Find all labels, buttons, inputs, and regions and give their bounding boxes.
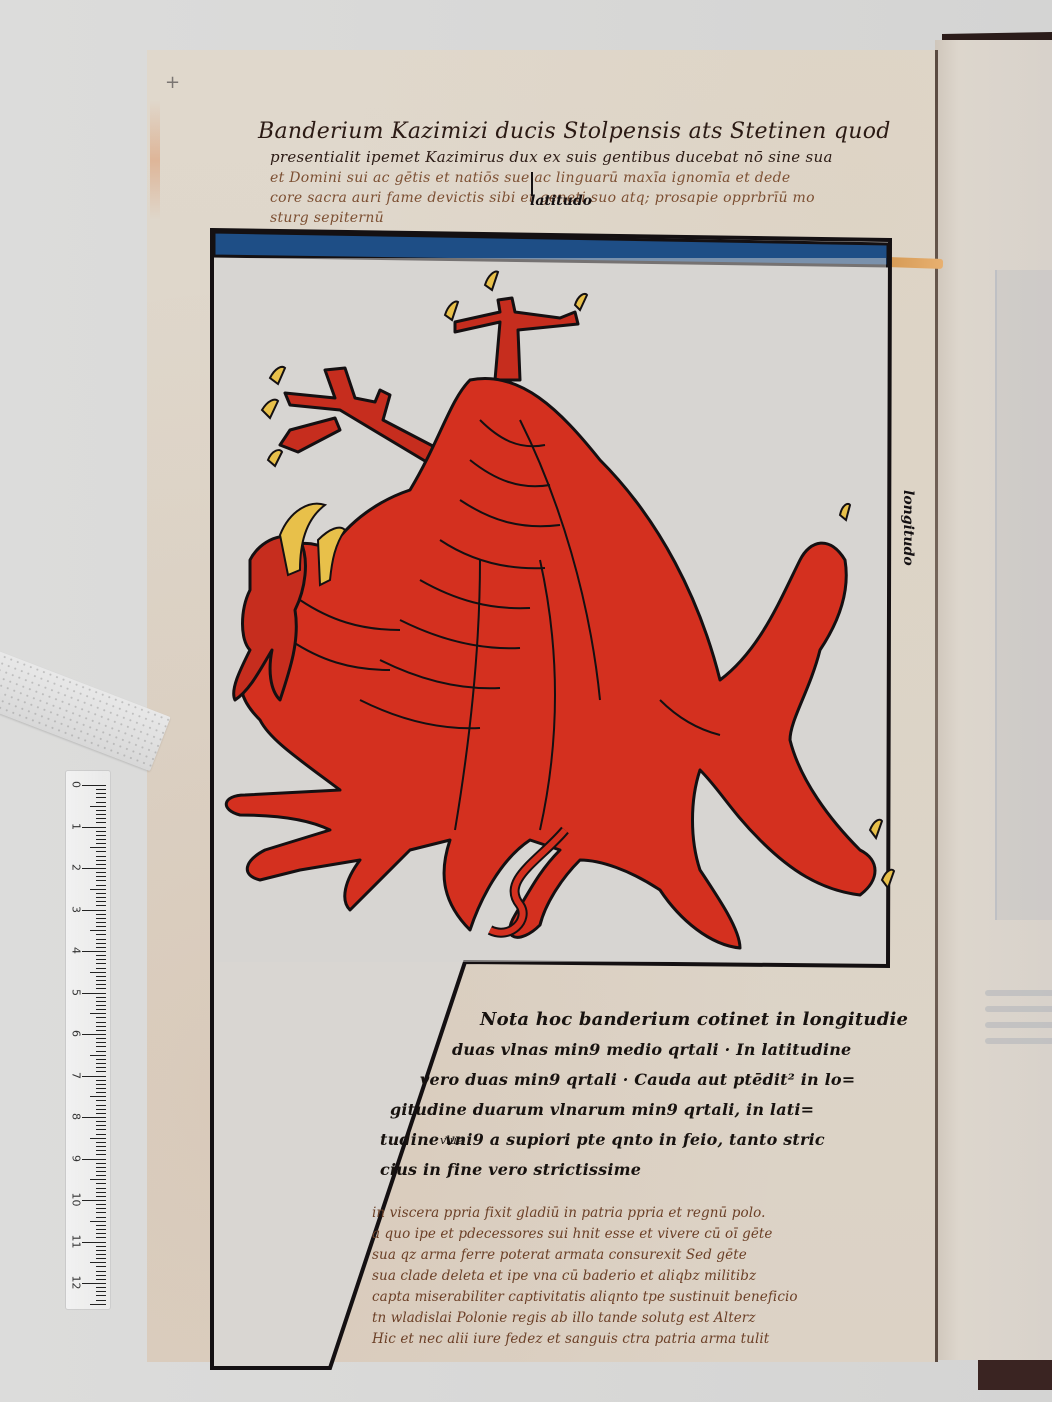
ruler-tick — [96, 1005, 106, 1006]
history-line: Hic et nec alii iure fedez et sanguis ct… — [372, 1329, 912, 1350]
ruler-tick — [96, 1163, 106, 1164]
ruler-tick — [90, 1304, 106, 1305]
ruler-tick — [96, 943, 106, 944]
note-line: gitudine duarum vlnarum min9 qrtali, in … — [380, 1095, 920, 1125]
ruler-tick — [96, 818, 106, 819]
ruler-tick — [96, 939, 106, 940]
ruler-tick — [96, 1113, 106, 1114]
ruler-label: 9 — [70, 1150, 83, 1166]
ruler-tick — [96, 1192, 106, 1193]
dimensions-note: Nota hoc banderium cotinet in longitudie… — [380, 1005, 920, 1185]
ruler-tick — [96, 1212, 106, 1213]
ruler-tick — [96, 814, 106, 815]
ruler-label: 1 — [70, 818, 83, 834]
ruler-tick — [96, 1134, 106, 1135]
ruler-tick — [96, 1100, 106, 1101]
history-line: in viscera ppria fixit gladiū in patria … — [372, 1203, 912, 1224]
ruler-tick — [96, 1038, 106, 1039]
ruler-tick — [96, 1042, 106, 1043]
ruler-tick — [96, 1279, 106, 1280]
ruler-tick — [82, 993, 106, 994]
ruler-tick — [96, 789, 106, 790]
ruler-tick — [96, 1167, 106, 1168]
history-line: capta miserabiliter captivitatis aliqnto… — [372, 1287, 912, 1308]
ruler-tick — [96, 1208, 106, 1209]
ruler-label: 11 — [70, 1233, 83, 1249]
ruler-label: 10 — [70, 1192, 83, 1208]
ruler-tick — [96, 1266, 106, 1267]
ruler-tick — [82, 1242, 106, 1243]
ruler-tick — [96, 831, 106, 832]
ruler-tick — [96, 1287, 106, 1288]
ruler-tick — [96, 1088, 106, 1089]
ruler-label: 2 — [70, 860, 83, 876]
ruler-tick — [82, 1283, 106, 1284]
ruler-tick — [96, 1295, 106, 1296]
ruler-tick — [82, 1159, 106, 1160]
ruler-tick — [96, 1009, 106, 1010]
ruler-tick — [96, 897, 106, 898]
ruler-tick — [82, 1034, 106, 1035]
ruler-tick — [96, 1217, 106, 1218]
ruler-tick — [96, 822, 106, 823]
ruler-tick — [96, 947, 106, 948]
history-line: sua qz arma ferre poterat armata consure… — [372, 1245, 912, 1266]
ruler-tick — [96, 1196, 106, 1197]
ruler-tick — [96, 922, 106, 923]
ruler-tick — [96, 1051, 106, 1052]
ruler-tick — [96, 860, 106, 861]
note-line: Nota hoc banderium cotinet in longitudie — [380, 1005, 920, 1035]
ruler-tick — [96, 864, 106, 865]
ruler-label: 0 — [70, 777, 83, 793]
ruler-tick — [96, 1291, 106, 1292]
ruler-tick — [96, 1059, 106, 1060]
scale-ruler: 0123456789101112 — [65, 770, 111, 1310]
ruler-tick — [96, 835, 106, 836]
ruler-tick — [90, 806, 106, 807]
ruler-tick — [96, 1129, 106, 1130]
historical-note: in viscera ppria fixit gladiū in patria … — [372, 1203, 912, 1350]
ruler-tick — [96, 1225, 106, 1226]
ruler-tick — [96, 1154, 106, 1155]
ruler-tick — [96, 1229, 106, 1230]
ruler-tick — [96, 810, 106, 811]
ruler-tick — [96, 980, 106, 981]
ruler-tick — [96, 1258, 106, 1259]
ruler-tick — [96, 1233, 106, 1234]
ruler-label: 3 — [70, 901, 83, 917]
ruler-tick — [90, 1096, 106, 1097]
ruler-tick — [96, 876, 106, 877]
ruler-tick — [82, 910, 106, 911]
ruler-tick — [96, 802, 106, 803]
ruler-tick — [96, 1017, 106, 1018]
ruler-tick — [96, 1092, 106, 1093]
ruler-tick — [96, 856, 106, 857]
ruler-tick — [90, 930, 106, 931]
ruler-tick — [96, 959, 106, 960]
ruler-tick — [96, 1030, 106, 1031]
ruler-tick — [96, 1026, 106, 1027]
history-line: a quo ipe et pdecessores sui hnit esse e… — [372, 1224, 912, 1245]
ruler-tick — [96, 872, 106, 873]
ruler-tick — [96, 797, 106, 798]
ruler-tick — [96, 901, 106, 902]
ruler-tick — [90, 847, 106, 848]
ruler-tick — [96, 1237, 106, 1238]
ruler-tick — [96, 793, 106, 794]
ruler-tick — [90, 1055, 106, 1056]
ruler-tick — [82, 1117, 106, 1118]
ruler-tick — [96, 1171, 106, 1172]
history-line: tn wladislai Polonie regis ab illo tande… — [372, 1308, 912, 1329]
ruler-tick — [90, 889, 106, 890]
ruler-tick — [82, 1200, 106, 1201]
ruler-tick — [96, 976, 106, 977]
ruler-tick — [96, 1105, 106, 1106]
ruler-tick — [96, 1080, 106, 1081]
ruler-tick — [90, 1179, 106, 1180]
ruler-tick — [96, 963, 106, 964]
ruler-tick — [96, 926, 106, 927]
ruler-tick — [96, 934, 106, 935]
ruler-tick — [96, 839, 106, 840]
ruler-tick — [96, 1071, 106, 1072]
ruler-tick — [90, 1221, 106, 1222]
ruler-tick — [96, 1063, 106, 1064]
note-line: cius in fine vero strictissime — [380, 1155, 920, 1185]
ruler-tick — [96, 1001, 106, 1002]
ruler-tick — [90, 1013, 106, 1014]
ruler-tick — [82, 868, 106, 869]
ruler-tick — [82, 785, 106, 786]
note-superscript: vlue — [440, 1134, 463, 1147]
ruler-tick — [96, 1271, 106, 1272]
ruler-tick — [96, 1254, 106, 1255]
ruler-tick — [90, 1262, 106, 1263]
ruler-tick — [96, 843, 106, 844]
ruler-label: 6 — [70, 1026, 83, 1042]
ruler-tick — [96, 1175, 106, 1176]
note-line: vero duas min9 qrtali · Cauda aut ptēdit… — [380, 1065, 920, 1095]
ruler-tick — [96, 1275, 106, 1276]
ruler-tick — [96, 1246, 106, 1247]
ruler-tick — [90, 972, 106, 973]
history-line: sua clade deleta et ipe vna cū baderio e… — [372, 1266, 912, 1287]
ruler-tick — [96, 1125, 106, 1126]
ruler-tick — [96, 1109, 106, 1110]
ruler-tick — [96, 1204, 106, 1205]
ruler-tick — [96, 1146, 106, 1147]
ruler-tick — [96, 918, 106, 919]
ruler-tick — [96, 1121, 106, 1122]
ruler-tick — [96, 851, 106, 852]
ruler-tick — [96, 1084, 106, 1085]
ruler-tick — [96, 1250, 106, 1251]
ruler-tick — [96, 984, 106, 985]
ruler-tick — [96, 893, 106, 894]
ruler-tick — [96, 1183, 106, 1184]
ruler-tick — [96, 997, 106, 998]
ruler-tick — [96, 988, 106, 989]
ruler-tick — [90, 1138, 106, 1139]
ruler-tick — [96, 955, 106, 956]
ruler-label: 4 — [70, 943, 83, 959]
griffin-banner-illustration — [0, 0, 1052, 1402]
ruler-label: 5 — [70, 984, 83, 1000]
ruler-tick — [96, 968, 106, 969]
ruler-tick — [96, 1150, 106, 1151]
ruler-tick — [96, 905, 106, 906]
ruler-tick — [96, 1142, 106, 1143]
ruler-label: 7 — [70, 1067, 83, 1083]
ruler-tick — [96, 1300, 106, 1301]
ruler-label: 8 — [70, 1109, 83, 1125]
ruler-tick — [82, 951, 106, 952]
ruler-tick — [96, 885, 106, 886]
ruler-tick — [82, 827, 106, 828]
ruler-tick — [96, 880, 106, 881]
ruler-tick — [96, 914, 106, 915]
ruler-tick — [96, 1046, 106, 1047]
ruler-tick — [82, 1076, 106, 1077]
ruler-tick — [96, 1188, 106, 1189]
note-line: duas vlnas min9 medio qrtali · In latitu… — [380, 1035, 920, 1065]
ruler-label: 12 — [70, 1275, 83, 1291]
ruler-tick — [96, 1067, 106, 1068]
ruler-tick — [96, 1022, 106, 1023]
